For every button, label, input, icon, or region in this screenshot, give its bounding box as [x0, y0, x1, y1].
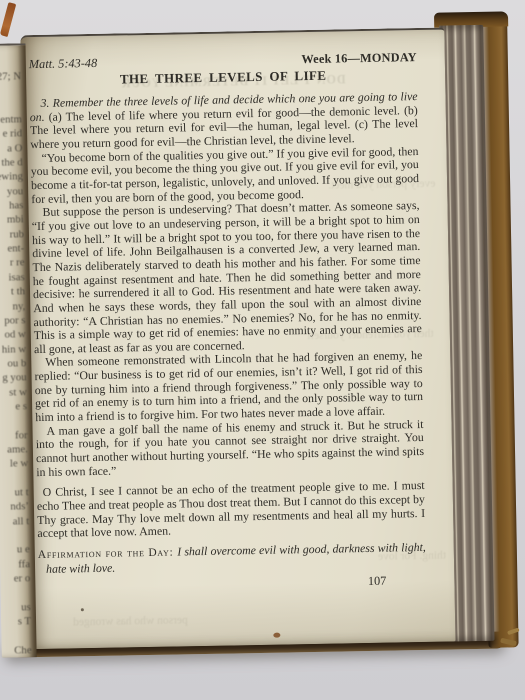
page-number: 107 — [38, 573, 426, 595]
affirmation: Affirmation for the Day: I shall overcom… — [38, 541, 426, 576]
left-page-fragment: er o — [0, 571, 30, 586]
left-page-fragment: s T — [0, 614, 31, 629]
left-page-fragment: has — [0, 198, 24, 213]
left-page-fragment: g you — [0, 370, 27, 385]
left-page-fragment: hin w — [0, 342, 26, 357]
left-page-fragment — [0, 586, 31, 601]
left-page-fragment: all t — [0, 514, 29, 529]
left-page-fragment: ewing — [0, 170, 23, 185]
page-content: Matt. 5:43-48 Week 16—MONDAY THE THREE L… — [29, 50, 427, 595]
left-page-fragment: ent- — [0, 241, 24, 256]
left-page-fragment — [0, 84, 21, 99]
left-page-fragment: mbi — [0, 213, 24, 228]
paragraph-golf-ball: A man gave a golf ball the name of his e… — [35, 418, 424, 480]
page-speck — [273, 633, 280, 638]
bookmark-ribbon — [0, 2, 16, 37]
week-day-header: Week 16—MONDAY — [301, 50, 417, 67]
left-page-fragment — [0, 629, 31, 644]
paragraph-lincoln: When someone remonstrated with Lincoln t… — [34, 349, 423, 424]
left-page-fragment: t th — [0, 284, 25, 299]
book: 27; Nentme rida Othe dewingyouhasmbirube… — [0, 21, 524, 664]
ghost-text-line: person who has wronged — [73, 614, 188, 628]
left-page-fragment: nds’ — [0, 500, 29, 515]
left-page-fragment: por s — [0, 313, 26, 328]
left-page-fragment — [0, 471, 29, 486]
left-page-fragment — [0, 413, 28, 428]
paragraph-qualities: “You become born of the qualities you gi… — [30, 145, 419, 207]
left-page-fragment: u e — [0, 543, 30, 558]
left-page-fragment: for — [0, 428, 28, 443]
left-page-fragment — [0, 528, 30, 543]
left-page-fragment: you — [0, 184, 23, 199]
left-page-fragment: a O — [0, 141, 23, 156]
left-page-fragment — [0, 98, 22, 113]
photo-background: 27; Nentme rida Othe dewingyouhasmbirube… — [0, 0, 525, 700]
prayer-paragraph: O Christ, I see I cannot be an echo of t… — [37, 479, 426, 541]
right-page: DON'T LET IT DETERMINE YOUR every person… — [20, 28, 455, 650]
paragraph-lead-rest: (a) The level of life where you return e… — [30, 103, 418, 151]
scripture-reference: Matt. 5:43-48 — [29, 56, 98, 72]
paragraph-undeserving: But suppose the person is undeserving? T… — [31, 199, 422, 356]
left-page-fragment: le w — [0, 456, 28, 471]
left-page-fragment: od w — [0, 327, 26, 342]
left-page-fragment: ame. — [0, 442, 28, 457]
left-page-fragment: 27; N — [0, 69, 21, 84]
left-page-fragment: Che — [0, 643, 32, 658]
left-page-fragment: rub — [0, 227, 24, 242]
left-page-fragment: the d — [0, 155, 23, 170]
left-page-fragment: ffa — [0, 557, 30, 572]
left-page-text-fragments: 27; Nentme rida Othe dewingyouhasmbirube… — [0, 69, 32, 658]
left-page-fragment: entm — [0, 112, 22, 127]
affirmation-label: Affirmation for the Day: — [38, 546, 178, 561]
left-page-fragment: us — [0, 600, 31, 615]
left-page-fragment: r re — [0, 256, 25, 271]
page-speck — [81, 608, 84, 611]
left-page-fragment: e rid — [0, 127, 22, 142]
left-page-fragment: ut t — [0, 485, 29, 500]
paragraph-three-levels: 3. Remember the three levels of life and… — [29, 90, 418, 152]
left-page-fragment: isas — [0, 270, 25, 285]
left-page-fragment: ou b — [0, 356, 26, 371]
left-page-fragment: e s — [0, 399, 27, 414]
left-page-fragment: st w — [0, 385, 27, 400]
left-page-fragment: ny, — [0, 299, 25, 314]
